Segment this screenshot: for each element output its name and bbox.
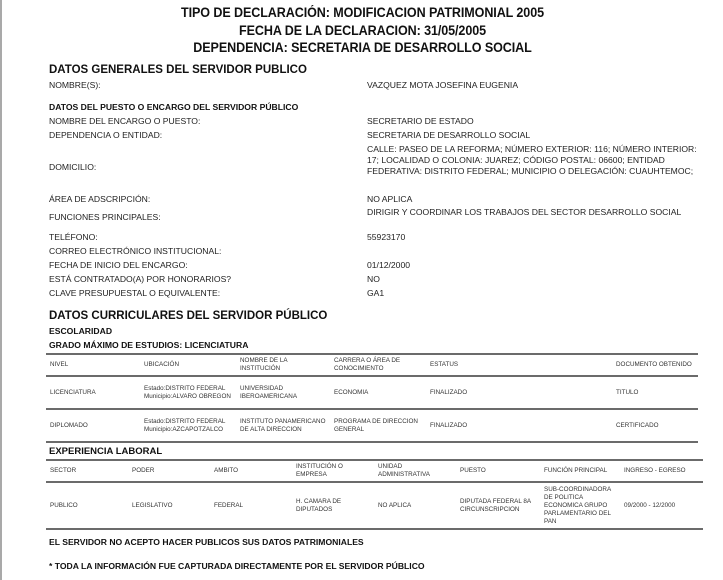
field-value: NO: [367, 274, 707, 285]
table-cell: INSTITUTO PANAMERICANO DE ALTA DIRECCION: [236, 409, 330, 442]
table-cell: NO APLICA: [374, 482, 456, 529]
column-header: AMBITO: [210, 460, 292, 482]
field-value: 01/12/2000: [367, 260, 707, 271]
table-header-row: SECTOR PODER AMBITO INSTITUCIÓN O EMPRES…: [46, 460, 703, 482]
field-label: CORREO ELECTRÓNICO INSTITUCIONAL:: [49, 246, 359, 257]
escolaridad-label: ESCOLARIDAD: [49, 326, 112, 336]
table-cell: TITULO: [612, 376, 698, 409]
capture-footnote: * TODA LA INFORMACIÓN FUE CAPTURADA DIRE…: [49, 561, 425, 571]
field-label: TELÉFONO:: [49, 232, 359, 243]
privacy-notice: EL SERVIDOR NO ACEPTO HACER PUBLICOS SUS…: [49, 537, 364, 547]
column-header: UBICACIÓN: [140, 354, 236, 376]
column-header: DOCUMENTO OBTENIDO: [612, 354, 698, 376]
table-cell: [520, 376, 612, 409]
column-header: INGRESO - EGRESO: [620, 460, 703, 482]
table-cell: DIPUTADA FEDERAL 8A CIRCUNSCRIPCION: [456, 482, 540, 529]
table-cell: Estado:DISTRITO FEDERAL Municipio:AZCAPO…: [140, 409, 236, 442]
column-header: CARRERA O ÁREA DE CONOCIMIENTO: [330, 354, 426, 376]
table-cell: H. CAMARA DE DIPUTADOS: [292, 482, 374, 529]
table-cell: Estado:DISTRITO FEDERAL Municipio:ALVARO…: [140, 376, 236, 409]
field-label: CLAVE PRESUPUESTAL O EQUIVALENTE:: [49, 288, 359, 299]
declaration-header: TIPO DE DECLARACIÓN: MODIFICACION PATRIM…: [2, 4, 723, 57]
column-header: INSTITUCIÓN O EMPRESA: [292, 460, 374, 482]
field-value: SECRETARIO DE ESTADO: [367, 116, 707, 127]
field-label: DOMICILIO:: [49, 162, 359, 173]
table-cell: PUBLICO: [46, 482, 128, 529]
escolaridad-table: NIVEL UBICACIÓN NOMBRE DE LA INSTITUCIÓN…: [46, 353, 698, 443]
experiencia-laboral-table: SECTOR PODER AMBITO INSTITUCIÓN O EMPRES…: [46, 459, 703, 530]
table-cell: CERTIFICADO: [612, 409, 698, 442]
column-header: NOMBRE DE LA INSTITUCIÓN: [236, 354, 330, 376]
table-row: DIPLOMADO Estado:DISTRITO FEDERAL Munici…: [46, 409, 698, 442]
field-label: FUNCIONES PRINCIPALES:: [49, 212, 359, 223]
section-title-datos-puesto: DATOS DEL PUESTO O ENCARGO DEL SERVIDOR …: [49, 102, 298, 112]
field-label: NOMBRE(S):: [49, 80, 359, 91]
table-cell: ECONOMIA: [330, 376, 426, 409]
column-header: PUESTO: [456, 460, 540, 482]
table-cell: FEDERAL: [210, 482, 292, 529]
table-header-row: NIVEL UBICACIÓN NOMBRE DE LA INSTITUCIÓN…: [46, 354, 698, 376]
table-cell: LICENCIATURA: [46, 376, 140, 409]
column-header: PODER: [128, 460, 210, 482]
table-cell: [520, 409, 612, 442]
field-label: FECHA DE INICIO DEL ENCARGO:: [49, 260, 359, 271]
table-row: LICENCIATURA Estado:DISTRITO FEDERAL Mun…: [46, 376, 698, 409]
grado-maximo-label: GRADO MÁXIMO DE ESTUDIOS: LICENCIATURA: [49, 340, 248, 350]
field-label: ESTÁ CONTRATADO(A) POR HONORARIOS?: [49, 274, 359, 285]
section-title-datos-generales: DATOS GENERALES DEL SERVIDOR PUBLICO: [49, 64, 307, 76]
field-label: ÁREA DE ADSCRIPCIÓN:: [49, 194, 359, 205]
table-cell: 09/2000 - 12/2000: [620, 482, 703, 529]
field-value: GA1: [367, 288, 707, 299]
section-title-experiencia-laboral: EXPERIENCIA LABORAL: [49, 446, 162, 457]
column-header: NIVEL: [46, 354, 140, 376]
field-label: NOMBRE DEL ENCARGO O PUESTO:: [49, 116, 359, 127]
table-cell: PROGRAMA DE DIRECCION GENERAL: [330, 409, 426, 442]
table-row: PUBLICO LEGISLATIVO FEDERAL H. CAMARA DE…: [46, 482, 703, 529]
column-header: [520, 354, 612, 376]
table-cell: FINALIZADO: [426, 409, 520, 442]
table-cell: LEGISLATIVO: [128, 482, 210, 529]
column-header: UNIDAD ADMINISTRATIVA: [374, 460, 456, 482]
field-value: CALLE: PASEO DE LA REFORMA; NÚMERO EXTER…: [367, 144, 707, 177]
column-header: ESTATUS: [426, 354, 520, 376]
field-value: DIRIGIR Y COORDINAR LOS TRABAJOS DEL SEC…: [367, 207, 707, 218]
table-cell: SUB-COORDINADORA DE POLITICA ECONOMICA G…: [540, 482, 620, 529]
field-value: 55923170: [367, 232, 707, 243]
field-value: SECRETARIA DE DESARROLLO SOCIAL: [367, 130, 707, 141]
declaration-type: TIPO DE DECLARACIÓN: MODIFICACION PATRIM…: [27, 4, 698, 22]
table-cell: UNIVERSIDAD IBEROAMERICANA: [236, 376, 330, 409]
table-cell: FINALIZADO: [426, 376, 520, 409]
table-cell: DIPLOMADO: [46, 409, 140, 442]
field-label: DEPENDENCIA O ENTIDAD:: [49, 130, 359, 141]
declaration-date: FECHA DE LA DECLARACION: 31/05/2005: [27, 22, 698, 40]
column-header: SECTOR: [46, 460, 128, 482]
section-title-datos-curriculares: DATOS CURRICULARES DEL SERVIDOR PÚBLICO: [49, 310, 327, 322]
field-value: VAZQUEZ MOTA JOSEFINA EUGENIA: [367, 80, 707, 91]
column-header: FUNCIÓN PRINCIPAL: [540, 460, 620, 482]
declaration-dependency: DEPENDENCIA: SECRETARIA DE DESARROLLO SO…: [27, 39, 698, 57]
field-value: NO APLICA: [367, 194, 707, 205]
